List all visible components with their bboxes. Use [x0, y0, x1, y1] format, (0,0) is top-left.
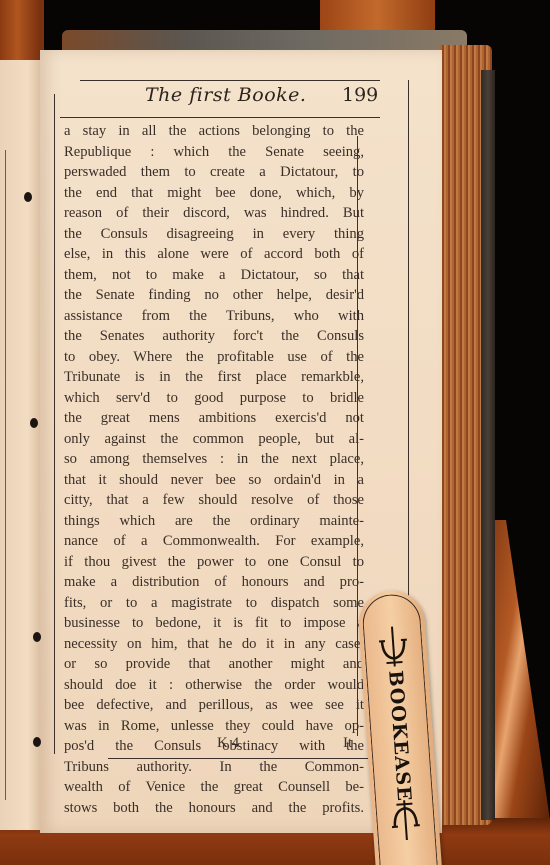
binding-hole — [24, 192, 32, 202]
text-line: to obey. Where the profitable use of the — [64, 347, 364, 368]
text-line: which serv'd to good purpose to bridle — [64, 388, 364, 409]
text-line: if thou givest the power to one Consul t… — [64, 552, 364, 573]
text-line: was in Rome, unlesse they could have op- — [64, 716, 364, 737]
text-line: only against the common people, but al- — [64, 429, 364, 450]
text-line: citty, that a few should resolve of thos… — [64, 490, 364, 511]
text-line: reason of their discord, was hindred. Bu… — [64, 203, 364, 224]
catchword: It — [343, 735, 352, 752]
binding-hole — [33, 737, 41, 747]
binding-hole — [30, 418, 38, 428]
text-line: Tribuns authority. In the Common- — [64, 757, 364, 778]
text-line: fits, or to a magistrate to dispatch som… — [64, 593, 364, 614]
text-line: perswaded them to create a Dictatour, to — [64, 162, 364, 183]
text-line: a stay in all the actions belonging to t… — [64, 121, 364, 142]
text-line: that it should never bee so ordain'd in … — [64, 470, 364, 491]
text-line: them, not to make a Dictatour, so that — [64, 265, 364, 286]
header-rule-top — [80, 80, 380, 81]
page-number: 199 — [342, 84, 378, 106]
text-line: assistance from the Tribuns, who with — [64, 306, 364, 327]
text-line: the Senates authority forc't the Consuls — [64, 326, 364, 347]
book-board-edge — [481, 70, 495, 820]
text-line: the Consuls disagreeing in every thing — [64, 224, 364, 245]
text-line: make a distribution of honours and pro- — [64, 572, 364, 593]
running-head: The first Booke. — [145, 84, 306, 106]
text-line: or so provide that another might and — [64, 654, 364, 675]
text-line: pos'd the Consuls obstinacy with the — [64, 736, 364, 757]
text-line: nance of a Commonwealth. For example, — [64, 531, 364, 552]
text-line: stows both the honours and the profits. — [64, 798, 364, 819]
text-line: bee defective, and perillous, as wee see… — [64, 695, 364, 716]
text-line: else, in this alone were of accord both … — [64, 244, 364, 265]
text-line: the great mens ambitions exercis'd not — [64, 408, 364, 429]
photo-scene: The first Booke. 199 a stay in all the a… — [0, 0, 550, 865]
text-line: should doe it : otherwise the order woul… — [64, 675, 364, 696]
text-line: wealth of Venice the great Counsell be- — [64, 777, 364, 798]
text-line: Tribunate is in the first place remarkbl… — [64, 367, 364, 388]
header-rule-bottom — [60, 117, 380, 118]
text-line: Republique : which the Senate seeing, — [64, 142, 364, 163]
text-line: businesse to bedone, it is fit to impose… — [64, 613, 364, 634]
text-line: the Senate finding no other helpe, desir… — [64, 285, 364, 306]
text-line: things which are the ordinary mainte- — [64, 511, 364, 532]
trident-icon — [378, 626, 409, 668]
body-text: a stay in all the actions belonging to t… — [64, 121, 364, 818]
left-page — [0, 60, 41, 830]
text-line: necessity on him, that he do it in any c… — [64, 634, 364, 655]
text-line: the end that might bee done, which, by — [64, 183, 364, 204]
page-frame-left — [54, 94, 55, 754]
text-line: so among themselves : in the next place, — [64, 449, 364, 470]
left-page-rule — [5, 150, 6, 800]
signature-mark: K 4 — [217, 735, 239, 752]
wooden-stand-top — [320, 0, 435, 34]
binding-hole — [33, 632, 41, 642]
trident-icon — [390, 799, 421, 841]
